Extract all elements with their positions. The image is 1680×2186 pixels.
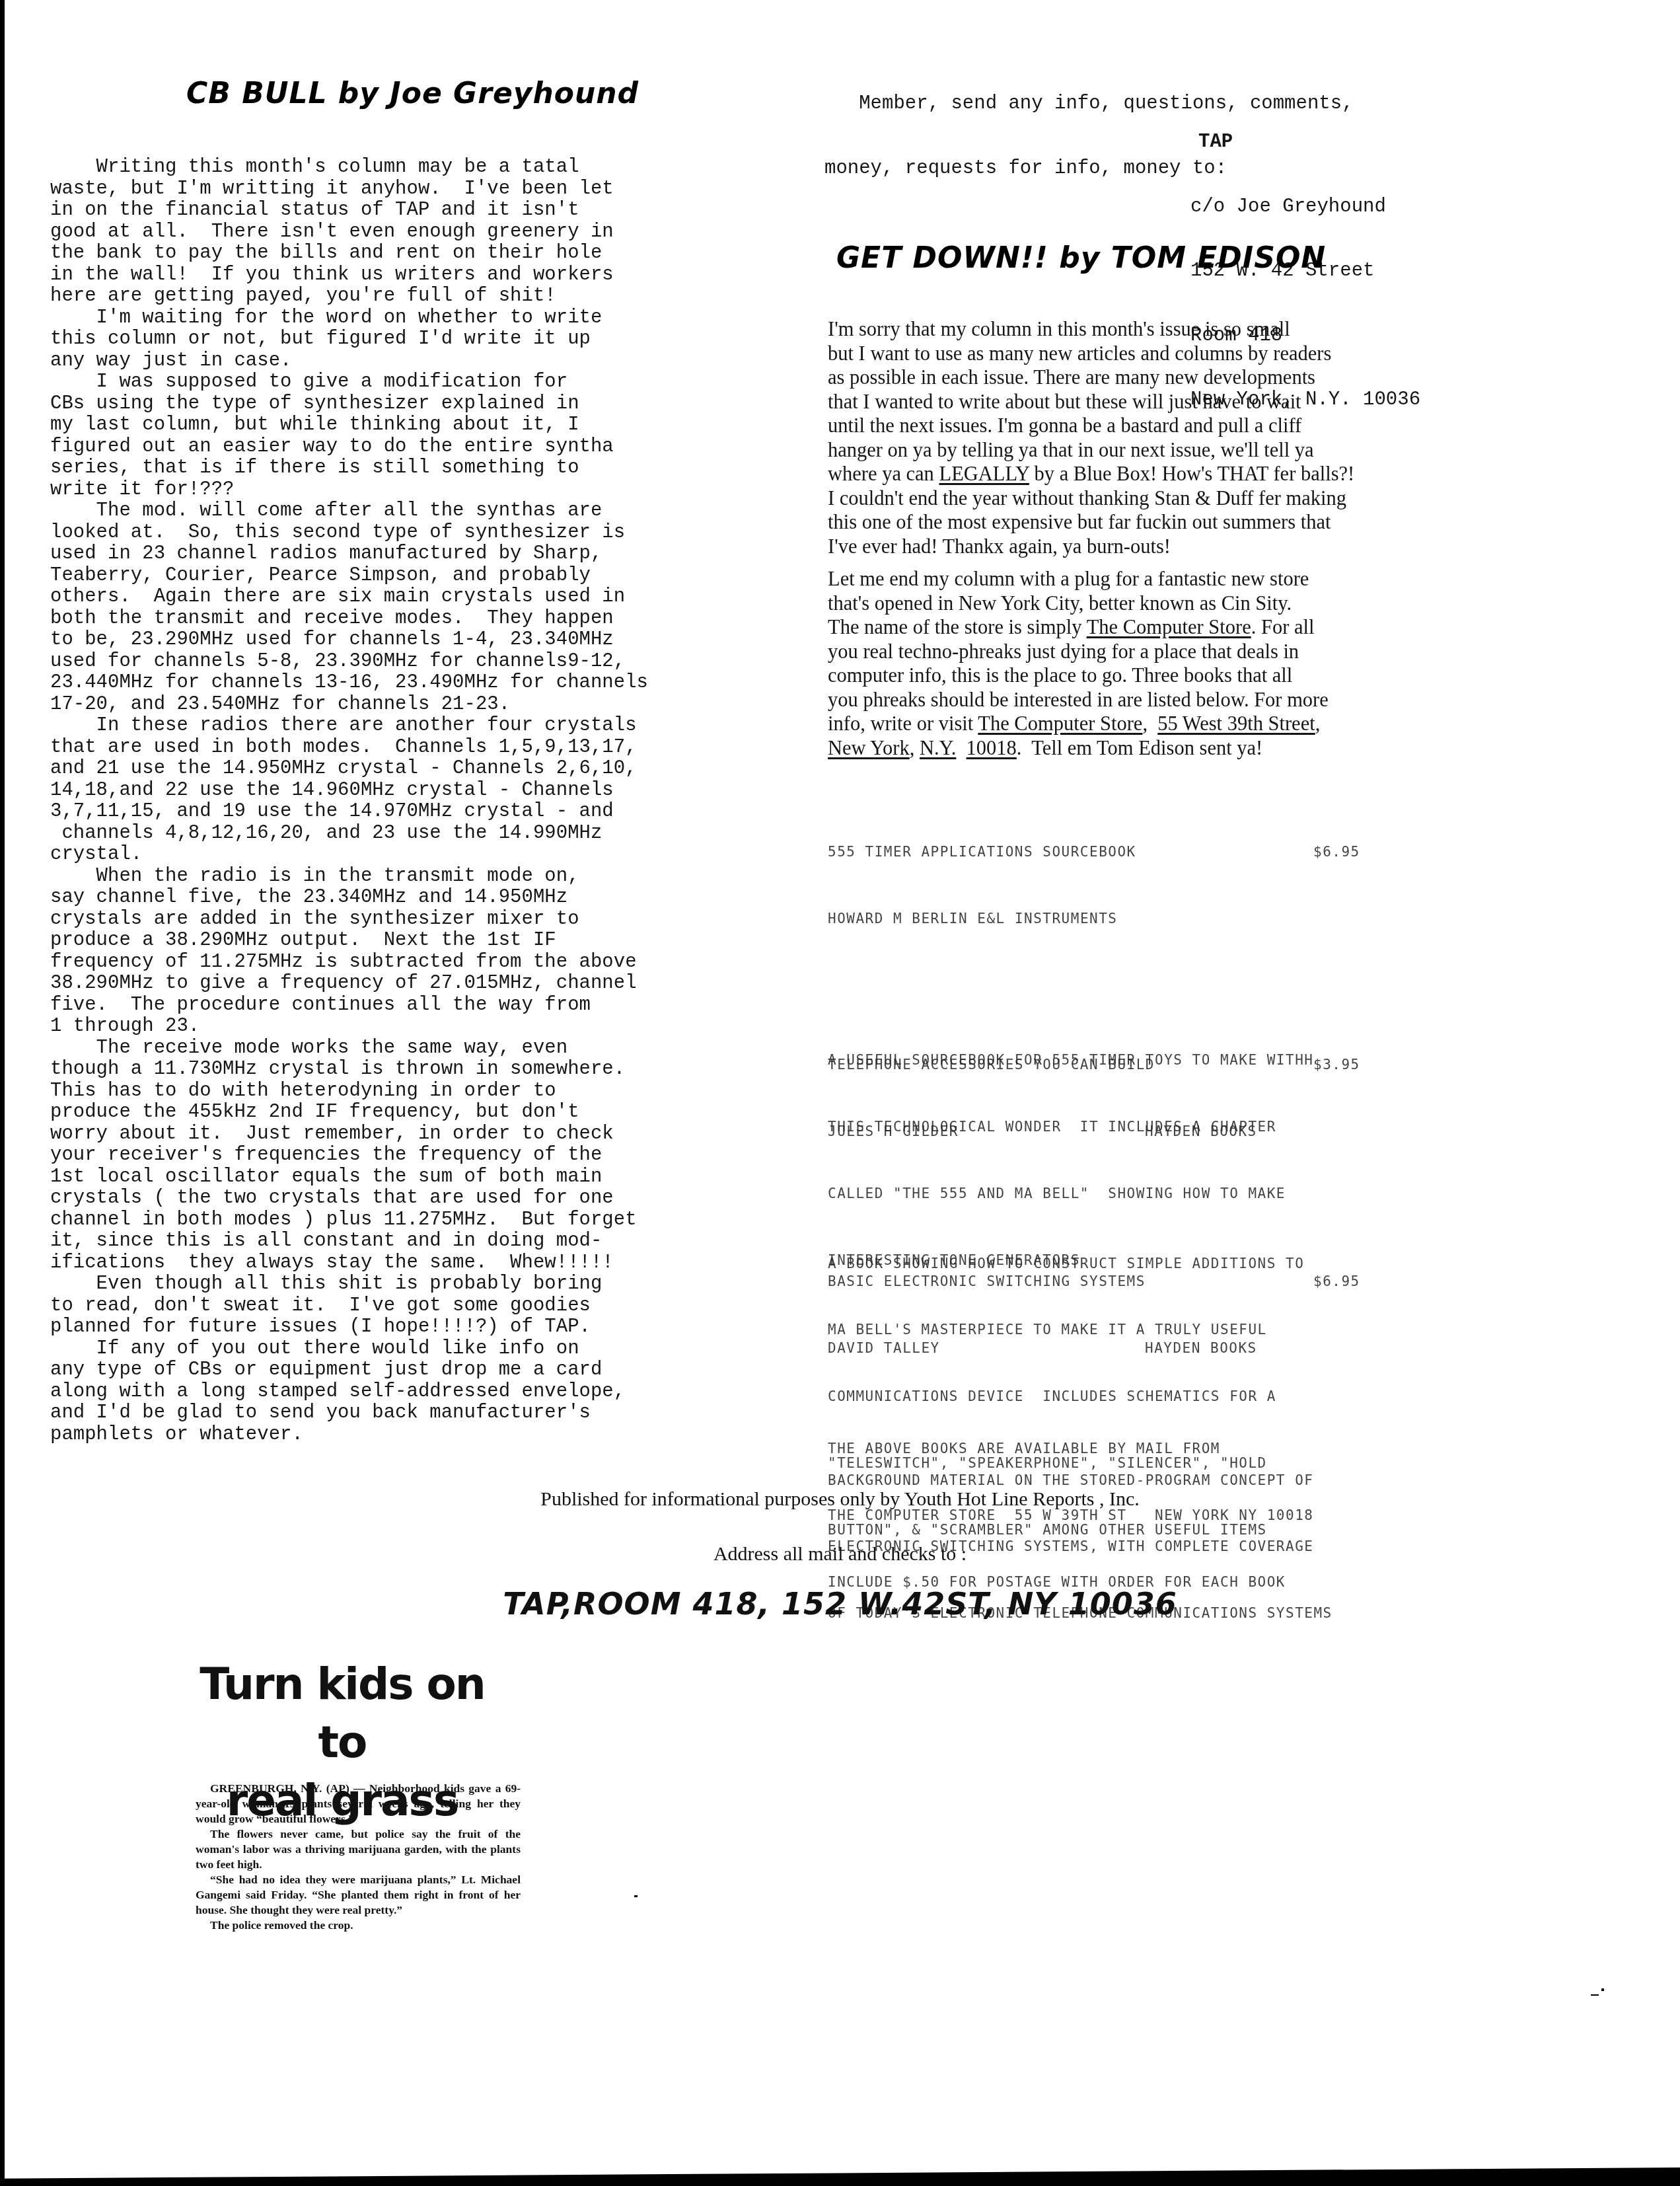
book-byline: JULES H GILDERHAYDEN BOOKS	[828, 1120, 1304, 1143]
article-line: I'm waiting for the word on whether to w…	[50, 307, 810, 329]
article-line: in the wall! If you think us writers and…	[50, 264, 810, 286]
para-line: by a Blue Box! How's THAT fer balls?!	[1029, 463, 1354, 485]
article-line: used in 23 channel radios manufactured b…	[50, 543, 810, 565]
tap-mailing-address: TAP,ROOM 418, 152 W.42ST, NY 10036	[0, 1586, 1680, 1622]
get-down-paragraph-2: I couldn't end the year without thanking…	[828, 486, 1554, 559]
book-price: $3.95	[1313, 1053, 1360, 1076]
store-state-underlined: N.Y.	[920, 737, 956, 759]
article-line: it, since this is all constant and in do…	[50, 1230, 810, 1252]
article-line: in on the financial status of TAP and it…	[50, 200, 810, 221]
scan-edge-left	[0, 0, 5, 2186]
clipping-paragraph: The police removed the crop.	[196, 1918, 521, 1933]
article-line: pamphlets or whatever.	[50, 1424, 810, 1446]
para-line: where ya can	[828, 463, 939, 485]
book-price: $6.95	[1313, 1270, 1360, 1293]
article-line: to be, 23.290MHz used for channels 1-4, …	[50, 629, 810, 651]
article-line: When the radio is in the transmit mode o…	[50, 866, 810, 887]
book-author: HOWARD M BERLIN	[828, 910, 968, 926]
para-line: I couldn't end the year without thanking…	[828, 487, 1346, 509]
article-line: series, that is if there is still someth…	[50, 457, 810, 479]
article-line: write it for!???	[50, 479, 810, 501]
publisher-notice: Published for informational purposes onl…	[0, 1488, 1680, 1511]
article-line: to read, don't sweat it. I've got some g…	[50, 1295, 810, 1317]
para-line: hanger on ya by telling ya that in our n…	[828, 439, 1314, 461]
article-line: crystal.	[50, 844, 810, 866]
article-line: any way just in case.	[50, 350, 810, 372]
para-line: you phreaks should be interested in are …	[828, 689, 1329, 711]
para-line: that's opened in New York City, better k…	[828, 592, 1292, 615]
get-down-title: GET DOWN!! by TOM EDISON	[836, 241, 1326, 275]
para-line: I've ever had! Thankx again, ya burn-out…	[828, 535, 1171, 558]
get-down-article: I'm sorry that my column in this month's…	[828, 317, 1554, 760]
article-line: Even though all this shit is probably bo…	[50, 1273, 810, 1295]
book-price: $6.95	[1313, 841, 1360, 863]
scan-speck	[634, 1895, 638, 1897]
clipping-headline-line: Turn kids on to	[177, 1655, 507, 1772]
article-line: others. Again there are six main crystal…	[50, 586, 810, 608]
article-line: frequency of 11.275MHz is subtracted fro…	[50, 952, 810, 973]
article-line: that are used in both modes. Channels 1,…	[50, 737, 810, 759]
para-line: you real techno-phreaks just dying for a…	[828, 640, 1299, 663]
ordering-line: THE ABOVE BOOKS ARE AVAILABLE BY MAIL FR…	[828, 1437, 1313, 1460]
store-name-underlined: The Computer Store	[1087, 616, 1251, 638]
scan-speck	[1601, 1988, 1604, 1991]
article-line: five. The procedure continues all the wa…	[50, 995, 810, 1016]
scan-edge-bottom	[0, 2167, 1680, 2186]
article-line: figured out an easier way to do the enti…	[50, 436, 810, 458]
article-line: 1 through 23.	[50, 1016, 810, 1037]
book-header: TELEPHONE ACCESSORIES YOU CAN BUILD$3.95	[828, 1053, 1304, 1076]
cb-bull-title: CB BULL by Joe Greyhound	[186, 77, 639, 110]
para-line: but I want to use as many new articles a…	[828, 342, 1331, 365]
cb-bull-article: Writing this month's column may be a tat…	[50, 157, 810, 1445]
clipping-article: GREENBURGH, N.Y. (AP) — Neighborhood kid…	[196, 1781, 521, 1933]
article-line: this column or not, but figured I'd writ…	[50, 328, 810, 350]
article-line: channels 4,8,12,16,20, and 23 use the 14…	[50, 823, 810, 845]
article-line: produce a 38.290MHz output. Next the 1st…	[50, 930, 810, 952]
book-publisher: HAYDEN BOOKS	[1145, 1120, 1257, 1143]
underlined-legally: LEGALLY	[939, 463, 1029, 485]
article-line: though a 11.730MHz crystal is thrown in …	[50, 1059, 810, 1080]
store-name-underlined: The Computer Store	[978, 712, 1142, 735]
article-line: your receiver's frequencies the frequenc…	[50, 1145, 810, 1166]
book-title: TELEPHONE ACCESSORIES YOU CAN BUILD	[828, 1056, 1155, 1073]
para-line: I'm sorry that my column in this month's…	[828, 318, 1290, 340]
address-label: Address all mail and checks to :	[0, 1543, 1680, 1565]
article-line: crystals are added in the synthesizer mi…	[50, 909, 810, 930]
para-line: info, write or visit	[828, 712, 978, 735]
book-title: 555 TIMER APPLICATIONS SOURCEBOOK	[828, 843, 1136, 860]
para-line: Tell em Tom Edison sent ya!	[1031, 737, 1262, 759]
newsletter-page: CB BULL by Joe Greyhound Writing this mo…	[0, 0, 1680, 2186]
article-line: here are getting payed, you're full of s…	[50, 285, 810, 307]
para-line: that I wanted to write about but these w…	[828, 391, 1301, 413]
article-line: ifications they always stay the same. Wh…	[50, 1252, 810, 1274]
article-line: produce the 455kHz 2nd IF frequency, but…	[50, 1102, 810, 1123]
address-care-of: c/o Joe Greyhound	[1190, 196, 1420, 218]
article-line: channel in both modes ) plus 11.275MHz. …	[50, 1209, 810, 1231]
article-line: used for channels 5-8, 23.390MHz for cha…	[50, 651, 810, 673]
article-line: and 21 use the 14.950MHz crystal - Chann…	[50, 758, 810, 780]
article-line: The mod. will come after all the synthas…	[50, 500, 810, 522]
article-line: worry about it. Just remember, in order …	[50, 1123, 810, 1145]
article-line: Writing this month's column may be a tat…	[50, 157, 810, 178]
article-line: my last column, but while thinking about…	[50, 414, 810, 436]
article-line: In these radios there are another four c…	[50, 715, 810, 737]
article-line: along with a long stamped self-addressed…	[50, 1381, 810, 1403]
article-line: planned for future issues (I hope!!!!?) …	[50, 1316, 810, 1338]
article-line: looked at. So, this second type of synth…	[50, 522, 810, 544]
clipping-paragraph: The flowers never came, but police say t…	[196, 1827, 521, 1872]
book-byline: HOWARD M BERLIN E&L INSTRUMENTS	[828, 907, 1313, 930]
get-down-paragraph-1: I'm sorry that my column in this month's…	[828, 317, 1554, 486]
article-line: good at all. There isn't even enough gre…	[50, 221, 810, 243]
article-line: 17-20, and 23.540MHz for channels 21-23.	[50, 694, 810, 716]
store-zip-underlined: 10018	[967, 737, 1017, 759]
article-line: say channel five, the 23.340MHz and 14.9…	[50, 887, 810, 909]
article-line: both the transmit and receive modes. The…	[50, 608, 810, 630]
para-line: Let me end my column with a plug for a f…	[828, 568, 1309, 590]
para-line: The name of the store is simply	[828, 616, 1087, 638]
scan-speck	[1591, 1994, 1599, 1996]
store-street-underlined: 55 West 39th Street	[1157, 712, 1315, 735]
article-line: I was supposed to give a modification fo…	[50, 371, 810, 393]
para-line: this one of the most expensive but far f…	[828, 511, 1331, 533]
article-line: 38.290MHz to give a frequency of 27.015M…	[50, 973, 810, 995]
article-line: 23.440MHz for channels 13-16, 23.490MHz …	[50, 672, 810, 694]
book-byline: DAVID TALLEYHAYDEN BOOKS	[828, 1337, 1333, 1359]
article-line: 3,7,11,15, and 19 use the 14.970MHz crys…	[50, 801, 810, 823]
store-city-underlined: New York	[828, 737, 910, 759]
para-line: computer info, this is the place to go. …	[828, 664, 1292, 687]
article-line: crystals ( the two crystals that are use…	[50, 1187, 810, 1209]
clipping-paragraph: GREENBURGH, N.Y. (AP) — Neighborhood kid…	[196, 1781, 521, 1827]
book-header: BASIC ELECTRONIC SWITCHING SYSTEMS$6.95	[828, 1270, 1333, 1293]
get-down-paragraph-3: Let me end my column with a plug for a f…	[828, 567, 1554, 760]
para-line: until the next issues. I'm gonna be a ba…	[828, 414, 1301, 437]
article-line: If any of you out there would like info …	[50, 1338, 810, 1360]
article-line: Teaberry, Courier, Pearce Simpson, and p…	[50, 565, 810, 587]
article-line: CBs using the type of synthesizer explai…	[50, 393, 810, 415]
book-author: DAVID TALLEY	[828, 1339, 940, 1356]
article-line: any type of CBs or equipment just drop m…	[50, 1359, 810, 1381]
article-line: 14,18,and 22 use the 14.960MHz crystal -…	[50, 780, 810, 802]
book-publisher: HAYDEN BOOKS	[1145, 1337, 1257, 1359]
book-publisher: E&L INSTRUMENTS	[977, 910, 1117, 926]
article-line: waste, but I'm writting it anyhow. I've …	[50, 178, 810, 200]
article-line: the bank to pay the bills and rent on th…	[50, 243, 810, 264]
article-line: 1st local oscillator equals the sum of b…	[50, 1166, 810, 1188]
article-line: The receive mode works the same way, eve…	[50, 1037, 810, 1059]
para-line: . For all	[1251, 616, 1315, 638]
address-name: TAP	[1190, 132, 1420, 153]
article-line: and I'd be glad to send you back manufac…	[50, 1402, 810, 1424]
clipping-paragraph: “She had no idea they were marijuana pla…	[196, 1872, 521, 1918]
para-line: as possible in each issue. There are man…	[828, 366, 1315, 389]
article-line: This has to do with heterodyning in orde…	[50, 1080, 810, 1102]
book-title: BASIC ELECTRONIC SWITCHING SYSTEMS	[828, 1273, 1146, 1289]
book-author: JULES H GILDER	[828, 1123, 959, 1139]
book-header: 555 TIMER APPLICATIONS SOURCEBOOK$6.95	[828, 841, 1313, 863]
